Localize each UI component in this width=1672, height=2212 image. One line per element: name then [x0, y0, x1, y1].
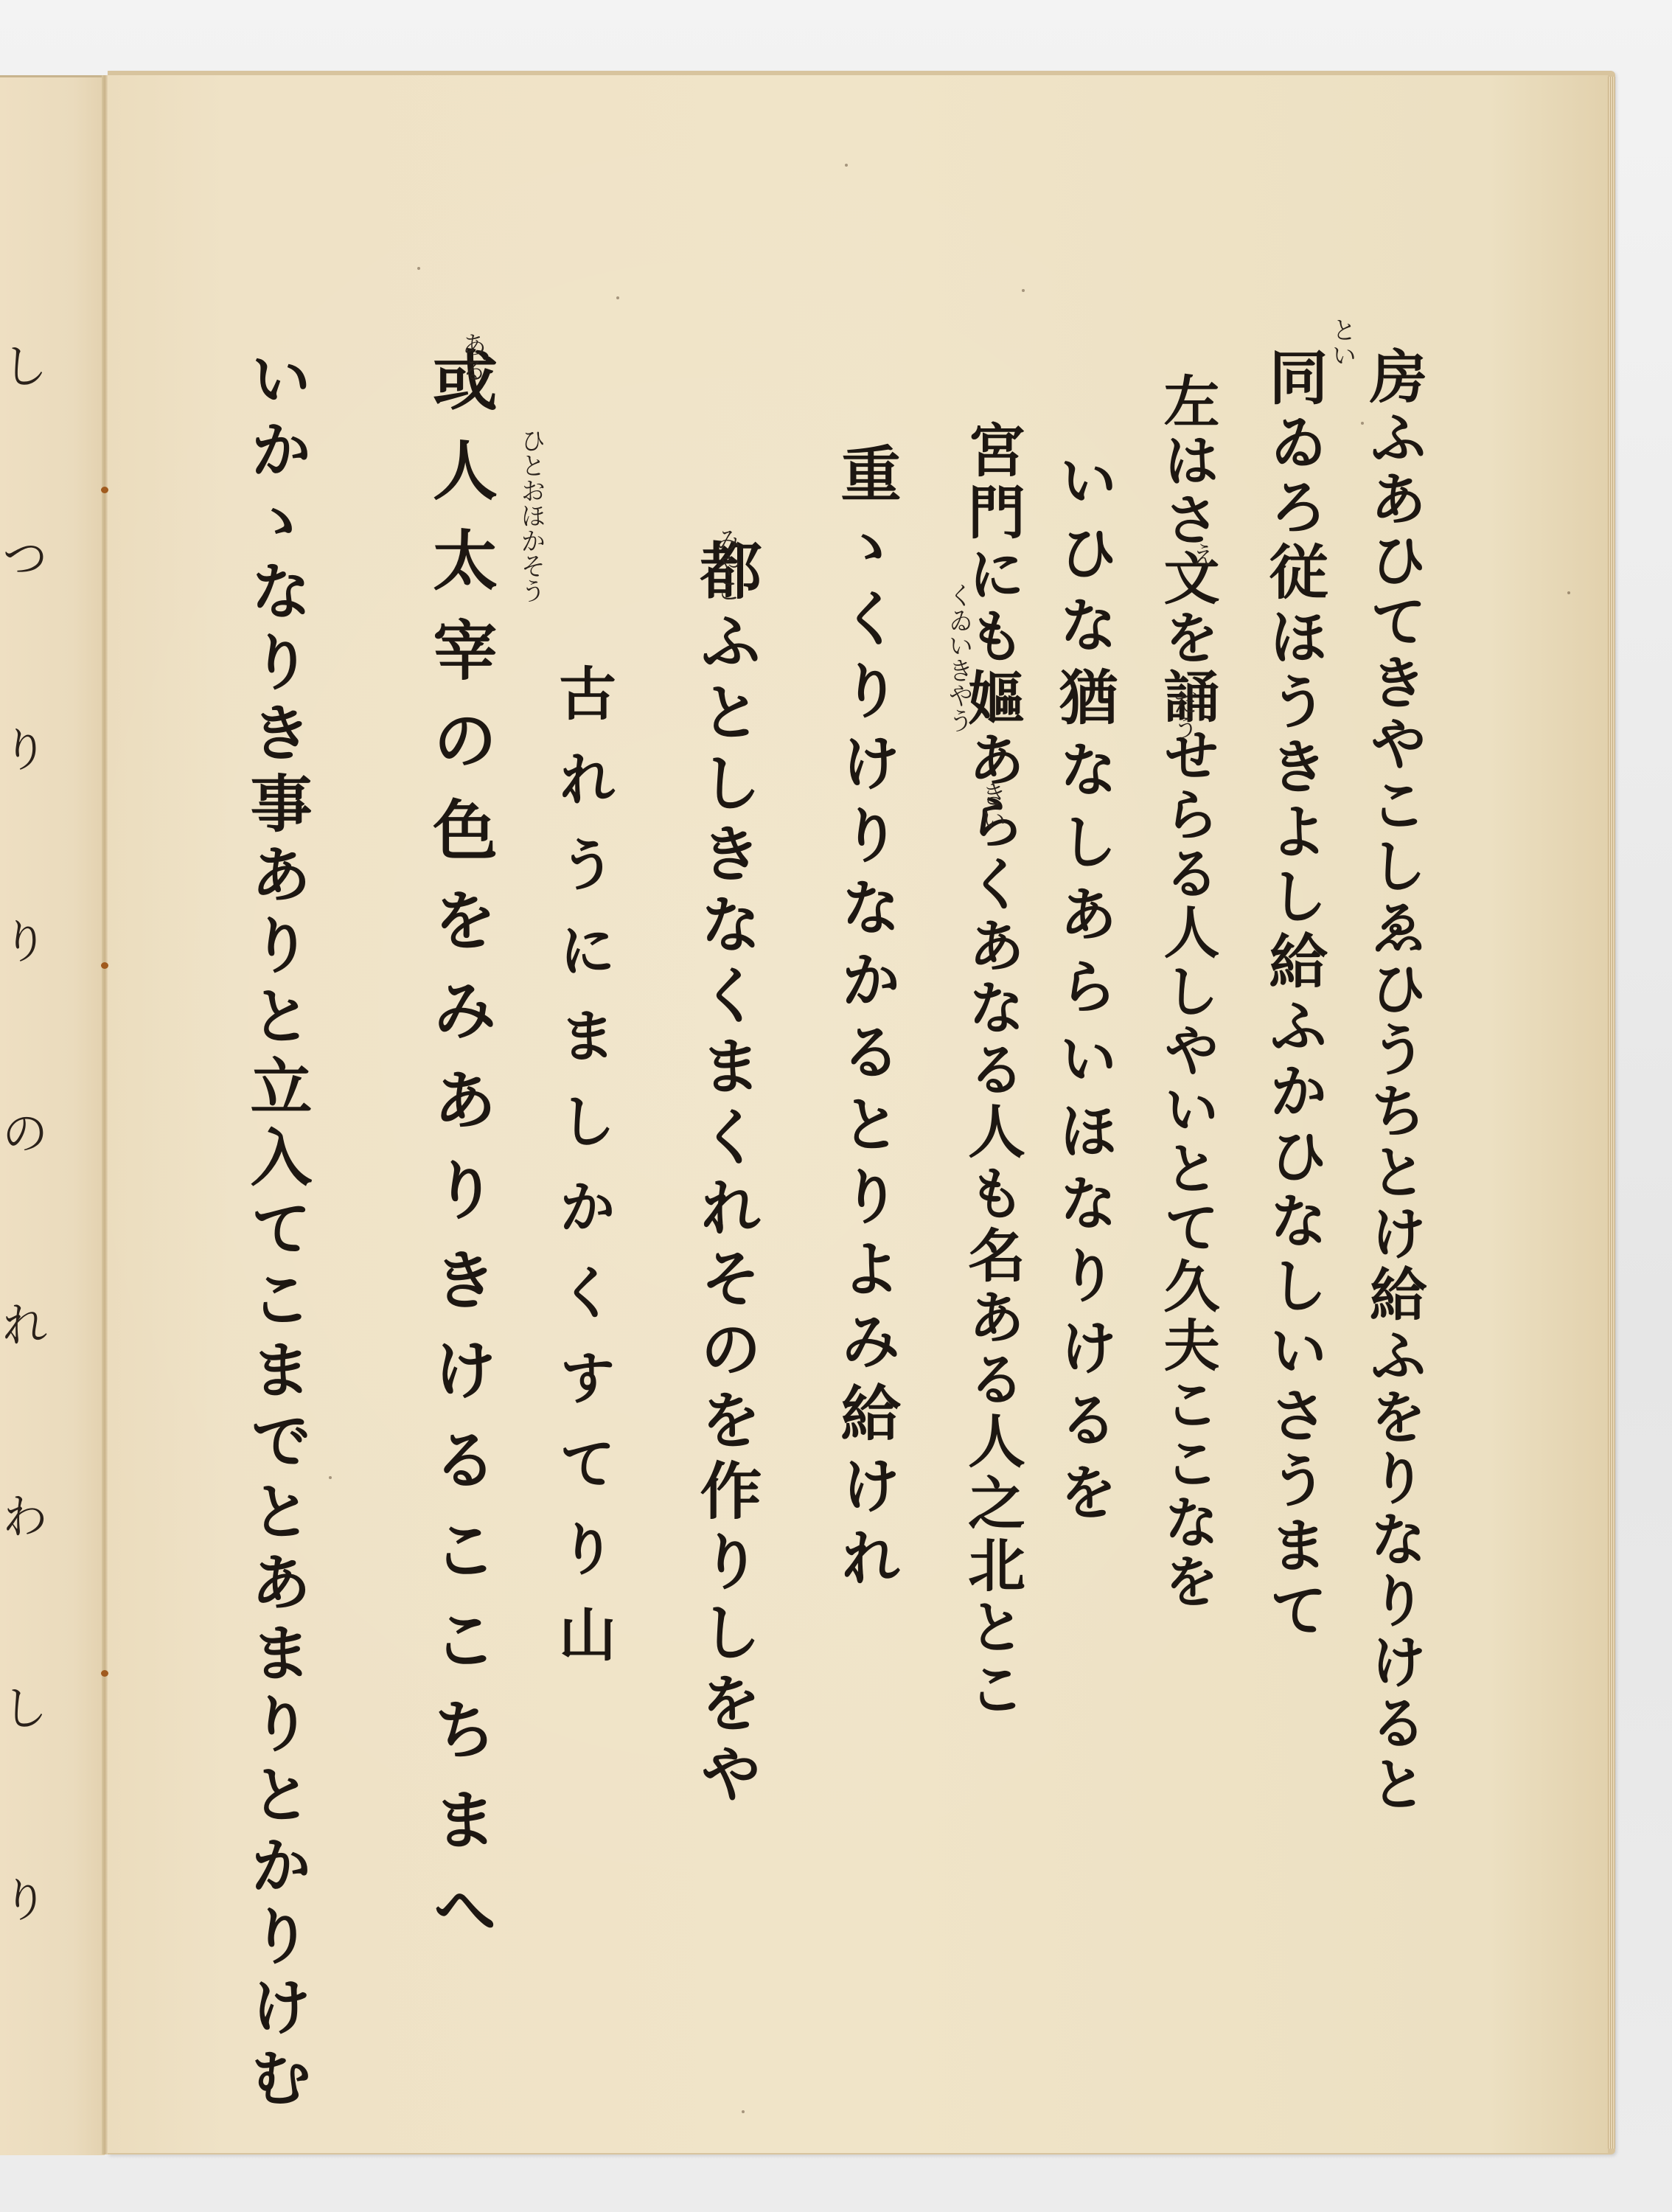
left-page-partial-glyph: り [0, 917, 55, 964]
paper-speck [1022, 289, 1025, 292]
paper-speck [329, 1476, 332, 1479]
ruby-annotation: くゐいきやう [946, 582, 971, 733]
text-column-6: 重ゝくりけりなかるとりよみ給けれ [836, 442, 896, 1599]
book-gutter [102, 75, 108, 2154]
left-page-partial-glyph: れ [0, 1300, 55, 1347]
text-column-4: いひな猶なしあらいほなりけるを [1054, 450, 1113, 1534]
left-page-partial-glyph: し [0, 341, 55, 389]
paper-speck [417, 267, 420, 270]
paper-speck [742, 2110, 745, 2113]
binding-hole [101, 1670, 108, 1677]
left-page-partial-glyph: り [0, 1875, 55, 1922]
text-column-9: 或人太宰の色をみありきけるここちまへ [428, 347, 493, 1966]
text-column-8: 古れうにましかくすてり山 [554, 664, 611, 1690]
left-page: しつりりのれわしり [0, 75, 105, 2155]
paper-speck [845, 164, 848, 167]
binding-hole [101, 487, 108, 493]
left-page-partial-glyph: つ [0, 533, 55, 580]
binding-hole [101, 962, 108, 969]
left-page-partial-glyph: わ [0, 1492, 55, 1539]
ruby-annotation: え [1189, 542, 1214, 567]
left-page-partial-glyph: の [0, 1108, 55, 1155]
ruby-annotation: きい [979, 782, 1004, 832]
paper-speck [1567, 591, 1570, 594]
left-page-partial-glyph: り [0, 725, 55, 772]
left-page-partial-glyph: し [0, 1683, 55, 1731]
ruby-annotation: とい [1329, 317, 1354, 367]
text-column-10: いかゝなりき事ありと立入てこまでとあまりとかりけむ [245, 347, 307, 2116]
ruby-annotation: だう [1171, 689, 1196, 740]
ruby-annotation: ある [459, 332, 484, 382]
paper-speck [616, 296, 619, 299]
text-column-2: 同ゐろ従ほうきよし給ふかひなしいさうまて [1264, 347, 1323, 1644]
text-column-7: 都ふとしきなくまくれそのを作りしをや [695, 538, 757, 1812]
ruby-annotation: みやこ [714, 527, 739, 602]
ruby-annotation: ひとおほかそう [518, 428, 543, 603]
text-column-1: 房ふあひてきやこしゑひうちとけ給ふをりなりけると [1365, 347, 1422, 1815]
